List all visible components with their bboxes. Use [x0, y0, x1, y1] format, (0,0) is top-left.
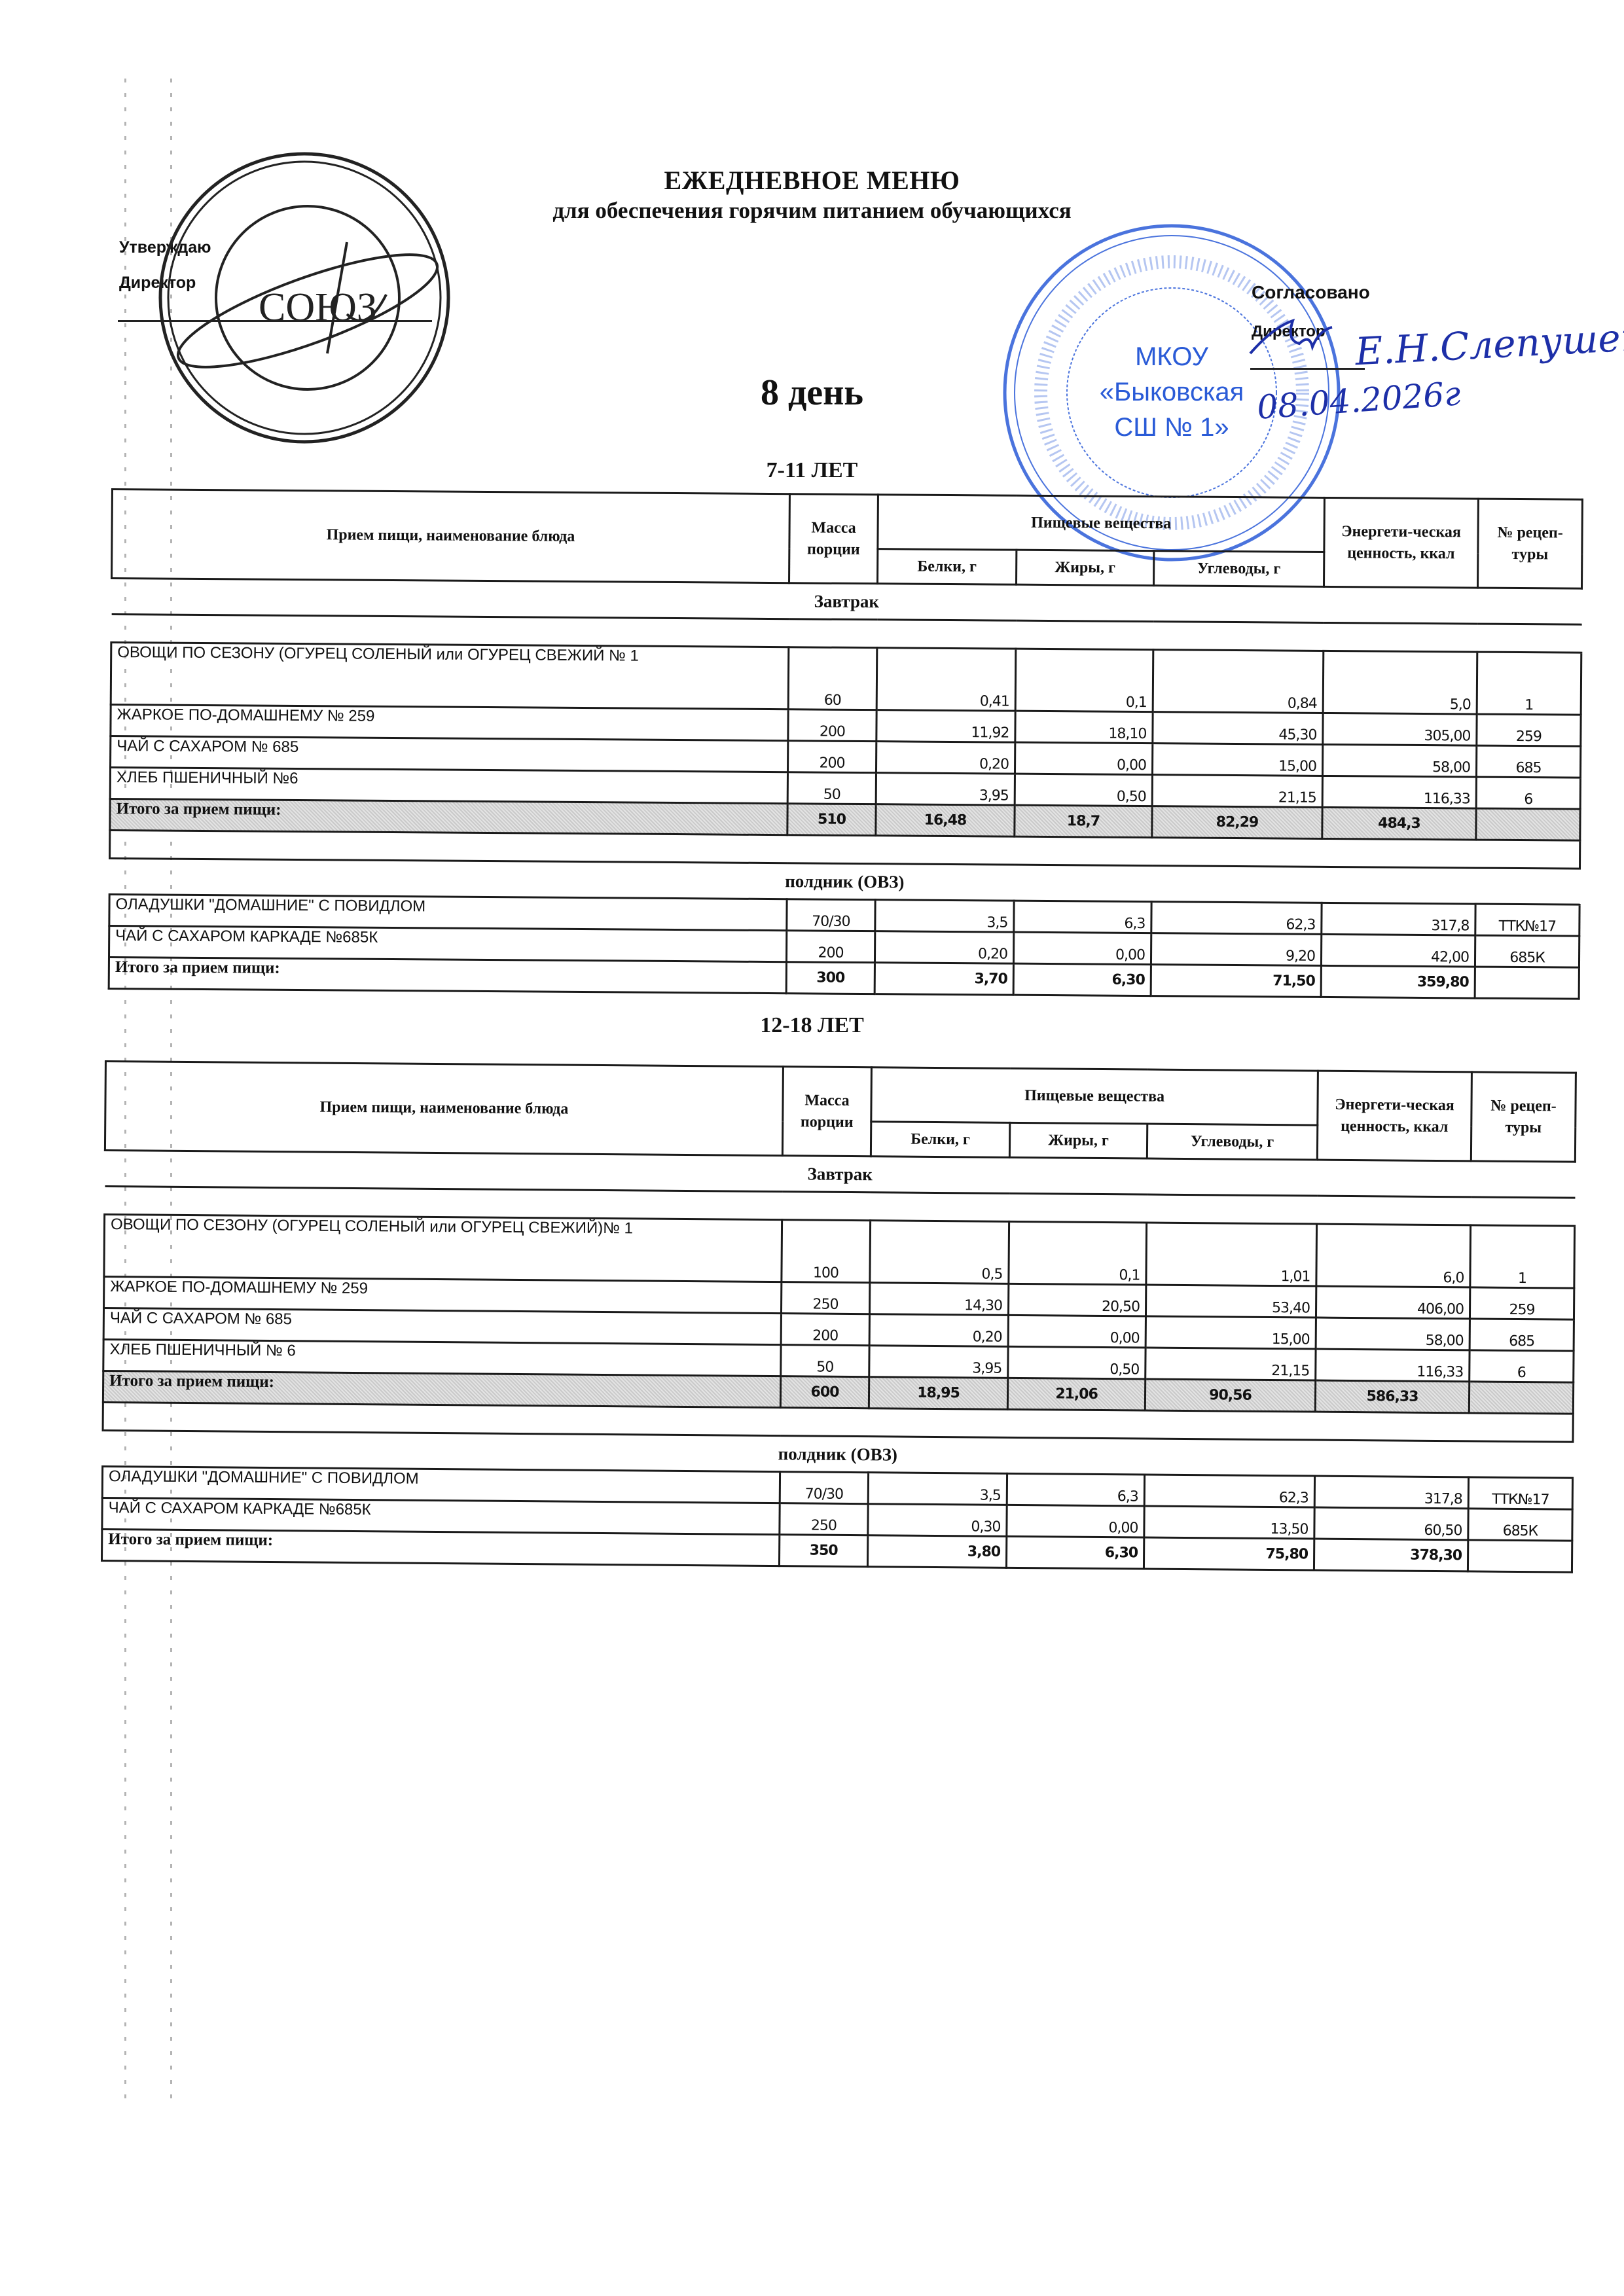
energy-value: 42,00: [1321, 934, 1475, 967]
protein-value: 3,5: [868, 1473, 1007, 1505]
protein-value: 11,92: [876, 710, 1015, 742]
fat-value: 0,1: [1009, 1221, 1147, 1285]
total-protein: 3,70: [875, 963, 1013, 995]
fat-value: 0,50: [1008, 1346, 1146, 1379]
total-protein: 16,48: [876, 804, 1015, 836]
column-header-fat: Жиры, г: [1009, 1122, 1147, 1158]
column-header-recipe: № рецеп-туры: [1471, 1072, 1576, 1162]
carbs-value: 1,01: [1146, 1223, 1317, 1286]
dish-name: ЧАЙ С САХАРОМ № 685: [111, 736, 788, 772]
energy-value: 5,0: [1323, 651, 1477, 714]
total-fat: 21,06: [1007, 1378, 1145, 1410]
total-mass: 350: [779, 1535, 867, 1567]
fat-value: 0,00: [1015, 742, 1152, 774]
total-mass: 300: [786, 962, 875, 994]
total-carbs: 75,80: [1144, 1537, 1314, 1570]
carbs-value: 45,30: [1153, 712, 1323, 745]
energy-value: 58,00: [1316, 1318, 1470, 1350]
total-recipe: [1476, 808, 1580, 840]
total-fat: 6,30: [1006, 1536, 1144, 1569]
signature-name: Е.Н.Слепушенко: [1354, 312, 1624, 374]
table-header-row: Прием пищи, наименование блюдаМасса порц…: [112, 490, 1583, 554]
protein-value: 3,95: [869, 1346, 1008, 1378]
recipe-number: 1: [1470, 1225, 1575, 1288]
portion-mass: 60: [788, 647, 877, 710]
column-header-energy: Энергети-ческая ценность, ккал: [1317, 1071, 1471, 1161]
menu-table-7-11: Прием пищи, наименование блюдаМасса порц…: [108, 488, 1583, 1000]
total-recipe: [1469, 1382, 1573, 1414]
total-recipe: [1468, 1540, 1572, 1572]
dish-name: ОВОЩИ ПО СЕЗОНУ (ОГУРЕЦ СОЛЕНЫЙ или ОГУР…: [111, 643, 789, 709]
column-header-protein: Белки, г: [878, 549, 1017, 584]
dish-name: ЖАРКОЕ ПО-ДОМАШНЕМУ № 259: [104, 1277, 782, 1314]
dish-name: ЧАЙ С САХАРОМ КАРКАДЕ №685К: [102, 1498, 780, 1534]
dish-name: ХЛЕБ ПШЕНИЧНЫЙ №6: [110, 768, 787, 804]
total-recipe: [1475, 967, 1579, 999]
dish-name: ОВОЩИ ПО СЕЗОНУ (ОГУРЕЦ СОЛЕНЫЙ или ОГУР…: [104, 1215, 782, 1282]
recipe-number: 6: [1476, 777, 1580, 809]
dish-name: ОЛАДУШКИ "ДОМАШНИЕ" С ПОВИДЛОМ: [102, 1466, 780, 1503]
carbs-value: 53,40: [1146, 1285, 1316, 1318]
portion-mass: 200: [788, 709, 876, 742]
menu-table-12-18: Прием пищи, наименование блюдаМасса порц…: [101, 1060, 1577, 1573]
protein-value: 3,95: [876, 773, 1015, 805]
total-protein: 3,80: [867, 1535, 1006, 1568]
recipe-number: 685: [1470, 1319, 1574, 1351]
total-mass: 600: [780, 1376, 869, 1408]
age-group-heading: 12-18 ЛЕТ: [0, 1013, 1624, 1038]
recipe-number: ТТК№17: [1468, 1477, 1572, 1509]
dish-name: ЧАЙ С САХАРОМ № 685: [103, 1308, 781, 1345]
column-header-name: Прием пищи, наименование блюда: [112, 490, 790, 583]
protein-value: 3,5: [875, 900, 1014, 932]
fat-value: 6,3: [1014, 901, 1151, 933]
recipe-number: 685К: [1468, 1509, 1572, 1541]
energy-value: 60,50: [1314, 1507, 1468, 1540]
protein-value: 0,5: [870, 1221, 1009, 1284]
energy-value: 406,00: [1316, 1286, 1470, 1319]
fat-value: 20,50: [1008, 1283, 1146, 1316]
recipe-number: 1: [1477, 652, 1581, 715]
recipe-number: 6: [1470, 1350, 1574, 1382]
total-energy: 378,30: [1314, 1539, 1468, 1571]
total-protein: 18,95: [869, 1377, 1007, 1410]
total-energy: 586,33: [1315, 1380, 1469, 1413]
energy-value: 305,00: [1323, 713, 1477, 745]
portion-mass: 50: [781, 1345, 869, 1377]
carbs-value: 0,84: [1153, 650, 1324, 713]
total-carbs: 82,29: [1152, 806, 1322, 839]
signature-scribble-icon: [327, 242, 386, 353]
svg-text:СШ № 1»: СШ № 1»: [1114, 413, 1229, 442]
signature-scribble-icon: [1247, 314, 1339, 360]
recipe-number: 259: [1470, 1287, 1574, 1319]
age-group-heading: 7-11 ЛЕТ: [0, 458, 1624, 483]
portion-mass: 100: [782, 1220, 871, 1283]
total-label: Итого за прием пищи:: [101, 1529, 779, 1566]
column-header-carbs: Углеводы, г: [1154, 551, 1324, 587]
column-header-fat: Жиры, г: [1017, 550, 1154, 585]
carbs-value: 15,00: [1152, 744, 1322, 776]
portion-mass: 200: [786, 931, 875, 963]
dish-name: ЧАЙ С САХАРОМ КАРКАДЕ №685К: [109, 925, 786, 961]
fat-value: 6,3: [1007, 1473, 1144, 1506]
total-label: Итого за прием пищи:: [103, 1371, 780, 1407]
dish-name: ЖАРКОЕ ПО-ДОМАШНЕМУ № 259: [111, 705, 788, 741]
total-carbs: 90,56: [1145, 1379, 1315, 1412]
total-label: Итого за прием пищи:: [109, 957, 786, 993]
fat-value: 0,50: [1015, 774, 1152, 806]
signature-line-right: [1250, 368, 1365, 370]
signature-line-left: [118, 320, 432, 322]
agreed-label: Согласовано: [1252, 282, 1370, 303]
total-label: Итого за прием пищи:: [110, 798, 787, 834]
total-fat: 6,30: [1013, 963, 1151, 996]
total-mass: 510: [787, 804, 876, 836]
energy-value: 116,33: [1316, 1349, 1470, 1382]
portion-mass: 200: [781, 1314, 869, 1346]
column-header-mass: Масса порции: [782, 1067, 871, 1157]
energy-value: 317,8: [1322, 903, 1475, 935]
recipe-number: 685: [1476, 745, 1580, 778]
fat-value: 18,10: [1015, 711, 1153, 743]
portion-mass: 200: [787, 741, 876, 773]
energy-value: 116,33: [1322, 776, 1476, 808]
carbs-value: 9,20: [1151, 933, 1321, 966]
carbs-value: 62,3: [1144, 1475, 1314, 1507]
fat-value: 0,00: [1008, 1315, 1146, 1348]
protein-value: 0,20: [876, 742, 1015, 774]
dish-name: ОЛАДУШКИ "ДОМАШНИЕ" С ПОВИДЛОМ: [109, 894, 787, 930]
recipe-number: 685К: [1475, 935, 1579, 967]
total-energy: 484,3: [1322, 807, 1476, 840]
column-header-mass: Масса порции: [789, 494, 878, 584]
protein-value: 0,20: [875, 931, 1013, 963]
energy-value: 317,8: [1314, 1476, 1468, 1509]
svg-text:МКОУ: МКОУ: [1135, 342, 1208, 371]
protein-value: 14,30: [869, 1283, 1008, 1316]
director-label-left: Директор: [119, 274, 196, 293]
carbs-value: 21,15: [1146, 1348, 1316, 1380]
column-header-nutrients: Пищевые вещества: [878, 495, 1325, 552]
column-header-name: Прием пищи, наименование блюда: [105, 1062, 783, 1156]
fat-value: 0,1: [1015, 649, 1153, 711]
energy-value: 6,0: [1316, 1224, 1471, 1287]
portion-mass: 50: [787, 772, 876, 804]
stamp-center-text: СОЮЗ: [259, 285, 377, 330]
portion-mass: 250: [780, 1503, 868, 1535]
portion-mass: 70/30: [780, 1472, 868, 1504]
protein-value: 0,30: [868, 1504, 1007, 1537]
energy-value: 58,00: [1322, 744, 1476, 777]
fat-value: 0,00: [1013, 932, 1151, 964]
column-header-energy: Энергети-ческая ценность, ккал: [1324, 497, 1479, 588]
column-header-recipe: № рецеп-туры: [1478, 499, 1583, 588]
recipe-number: ТТК№17: [1475, 904, 1579, 936]
dish-name: ХЛЕБ ПШЕНИЧНЫЙ № 6: [103, 1339, 781, 1376]
portion-mass: 70/30: [787, 899, 875, 931]
column-header-nutrients: Пищевые вещества: [871, 1067, 1318, 1125]
recipe-number: 259: [1477, 714, 1581, 746]
approve-label: Утверждаю: [119, 238, 211, 257]
portion-mass: 250: [781, 1282, 869, 1314]
protein-value: 0,20: [869, 1314, 1008, 1347]
carbs-value: 15,00: [1146, 1316, 1316, 1349]
document-title: ЕЖЕДНЕВНОЕ МЕНЮ: [0, 165, 1624, 196]
total-energy: 359,80: [1321, 965, 1475, 998]
carbs-value: 13,50: [1144, 1506, 1314, 1539]
document-subtitle: для обеспечения горячим питанием обучающ…: [0, 198, 1624, 224]
table-row: ОВОЩИ ПО СЕЗОНУ (ОГУРЕЦ СОЛЕНЫЙ или ОГУР…: [111, 643, 1581, 715]
total-fat: 18,7: [1015, 805, 1152, 837]
carbs-value: 21,15: [1152, 775, 1322, 808]
column-header-carbs: Углеводы, г: [1147, 1124, 1317, 1160]
protein-value: 0,41: [876, 648, 1016, 711]
fat-value: 0,00: [1007, 1505, 1144, 1537]
table-header-row: Прием пищи, наименование блюдаМасса порц…: [105, 1062, 1576, 1128]
carbs-value: 62,3: [1151, 902, 1322, 935]
total-carbs: 71,50: [1151, 965, 1321, 997]
column-header-protein: Белки, г: [871, 1122, 1009, 1158]
table-row: ОВОЩИ ПО СЕЗОНУ (ОГУРЕЦ СОЛЕНЫЙ или ОГУР…: [104, 1215, 1575, 1289]
